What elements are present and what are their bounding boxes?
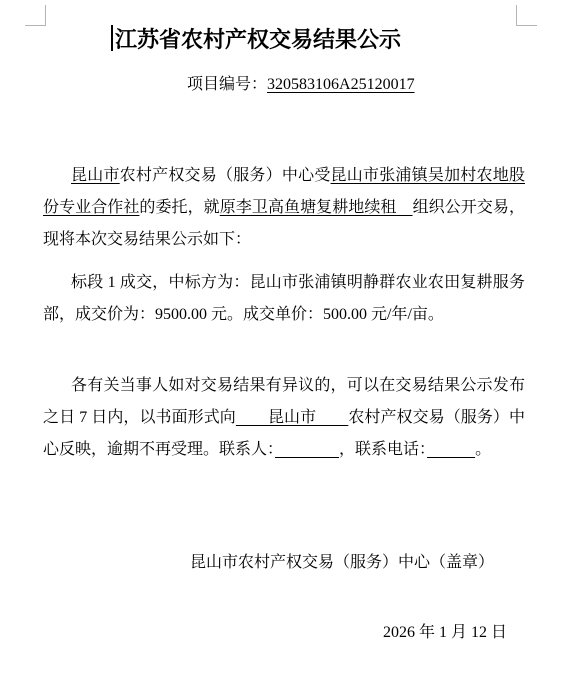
paragraph-result: 标段 1 成交，中标方为：昆山市张浦镇明静群农业农田复耕服务部，成交价为：950… [43,267,525,331]
paragraph-objection: 各有关当事人如对交易结果有异议的，可以在交易结果公示发布之日 7 日内，以书面形… [43,370,525,466]
paragraph-entrustment: 昆山市农村产权交易（服务）中心受昆山市张浦镇吴加村农地股份专业合作社的委托，就原… [43,160,525,256]
signature-line: 昆山市农村产权交易（服务）中心（盖章） [190,547,525,579]
project-number-label: 项目编号： [187,76,267,93]
project-number-value: 320583106A25120017 [267,76,415,93]
document-page[interactable]: 江苏省农村产权交易结果公示 项目编号：320583106A25120017 昆山… [0,0,569,678]
document-content: 江苏省农村产权交易结果公示 项目编号：320583106A25120017 昆山… [0,0,569,649]
document-title-text: 江苏省农村产权交易结果公示 [115,27,401,52]
date-line: 2026 年 1 月 12 日 [383,617,525,649]
margin-crop-mark-top-right-icon [516,5,537,26]
text-cursor-caret [111,25,113,51]
objection-text-4: 。 [475,441,491,458]
objection-text-3: ，联系电话： [339,441,427,458]
entrust-text: 农村产权交易（服务）中心受 [120,167,331,184]
entrust-text-2: 的委托，就 [139,199,219,216]
document-title: 江苏省农村产权交易结果公示 [111,24,525,56]
project-name-underlined: 原李卫高鱼塘复耕地续租 [220,199,413,216]
center-name-underlined: 昆山市 [71,167,120,184]
margin-crop-mark-top-left-icon [25,5,46,26]
project-number-line: 项目编号：320583106A25120017 [187,69,525,101]
city-blank-underlined: 昆山市 [236,409,348,426]
contact-person-blank [275,441,339,458]
contact-phone-blank [427,441,475,458]
